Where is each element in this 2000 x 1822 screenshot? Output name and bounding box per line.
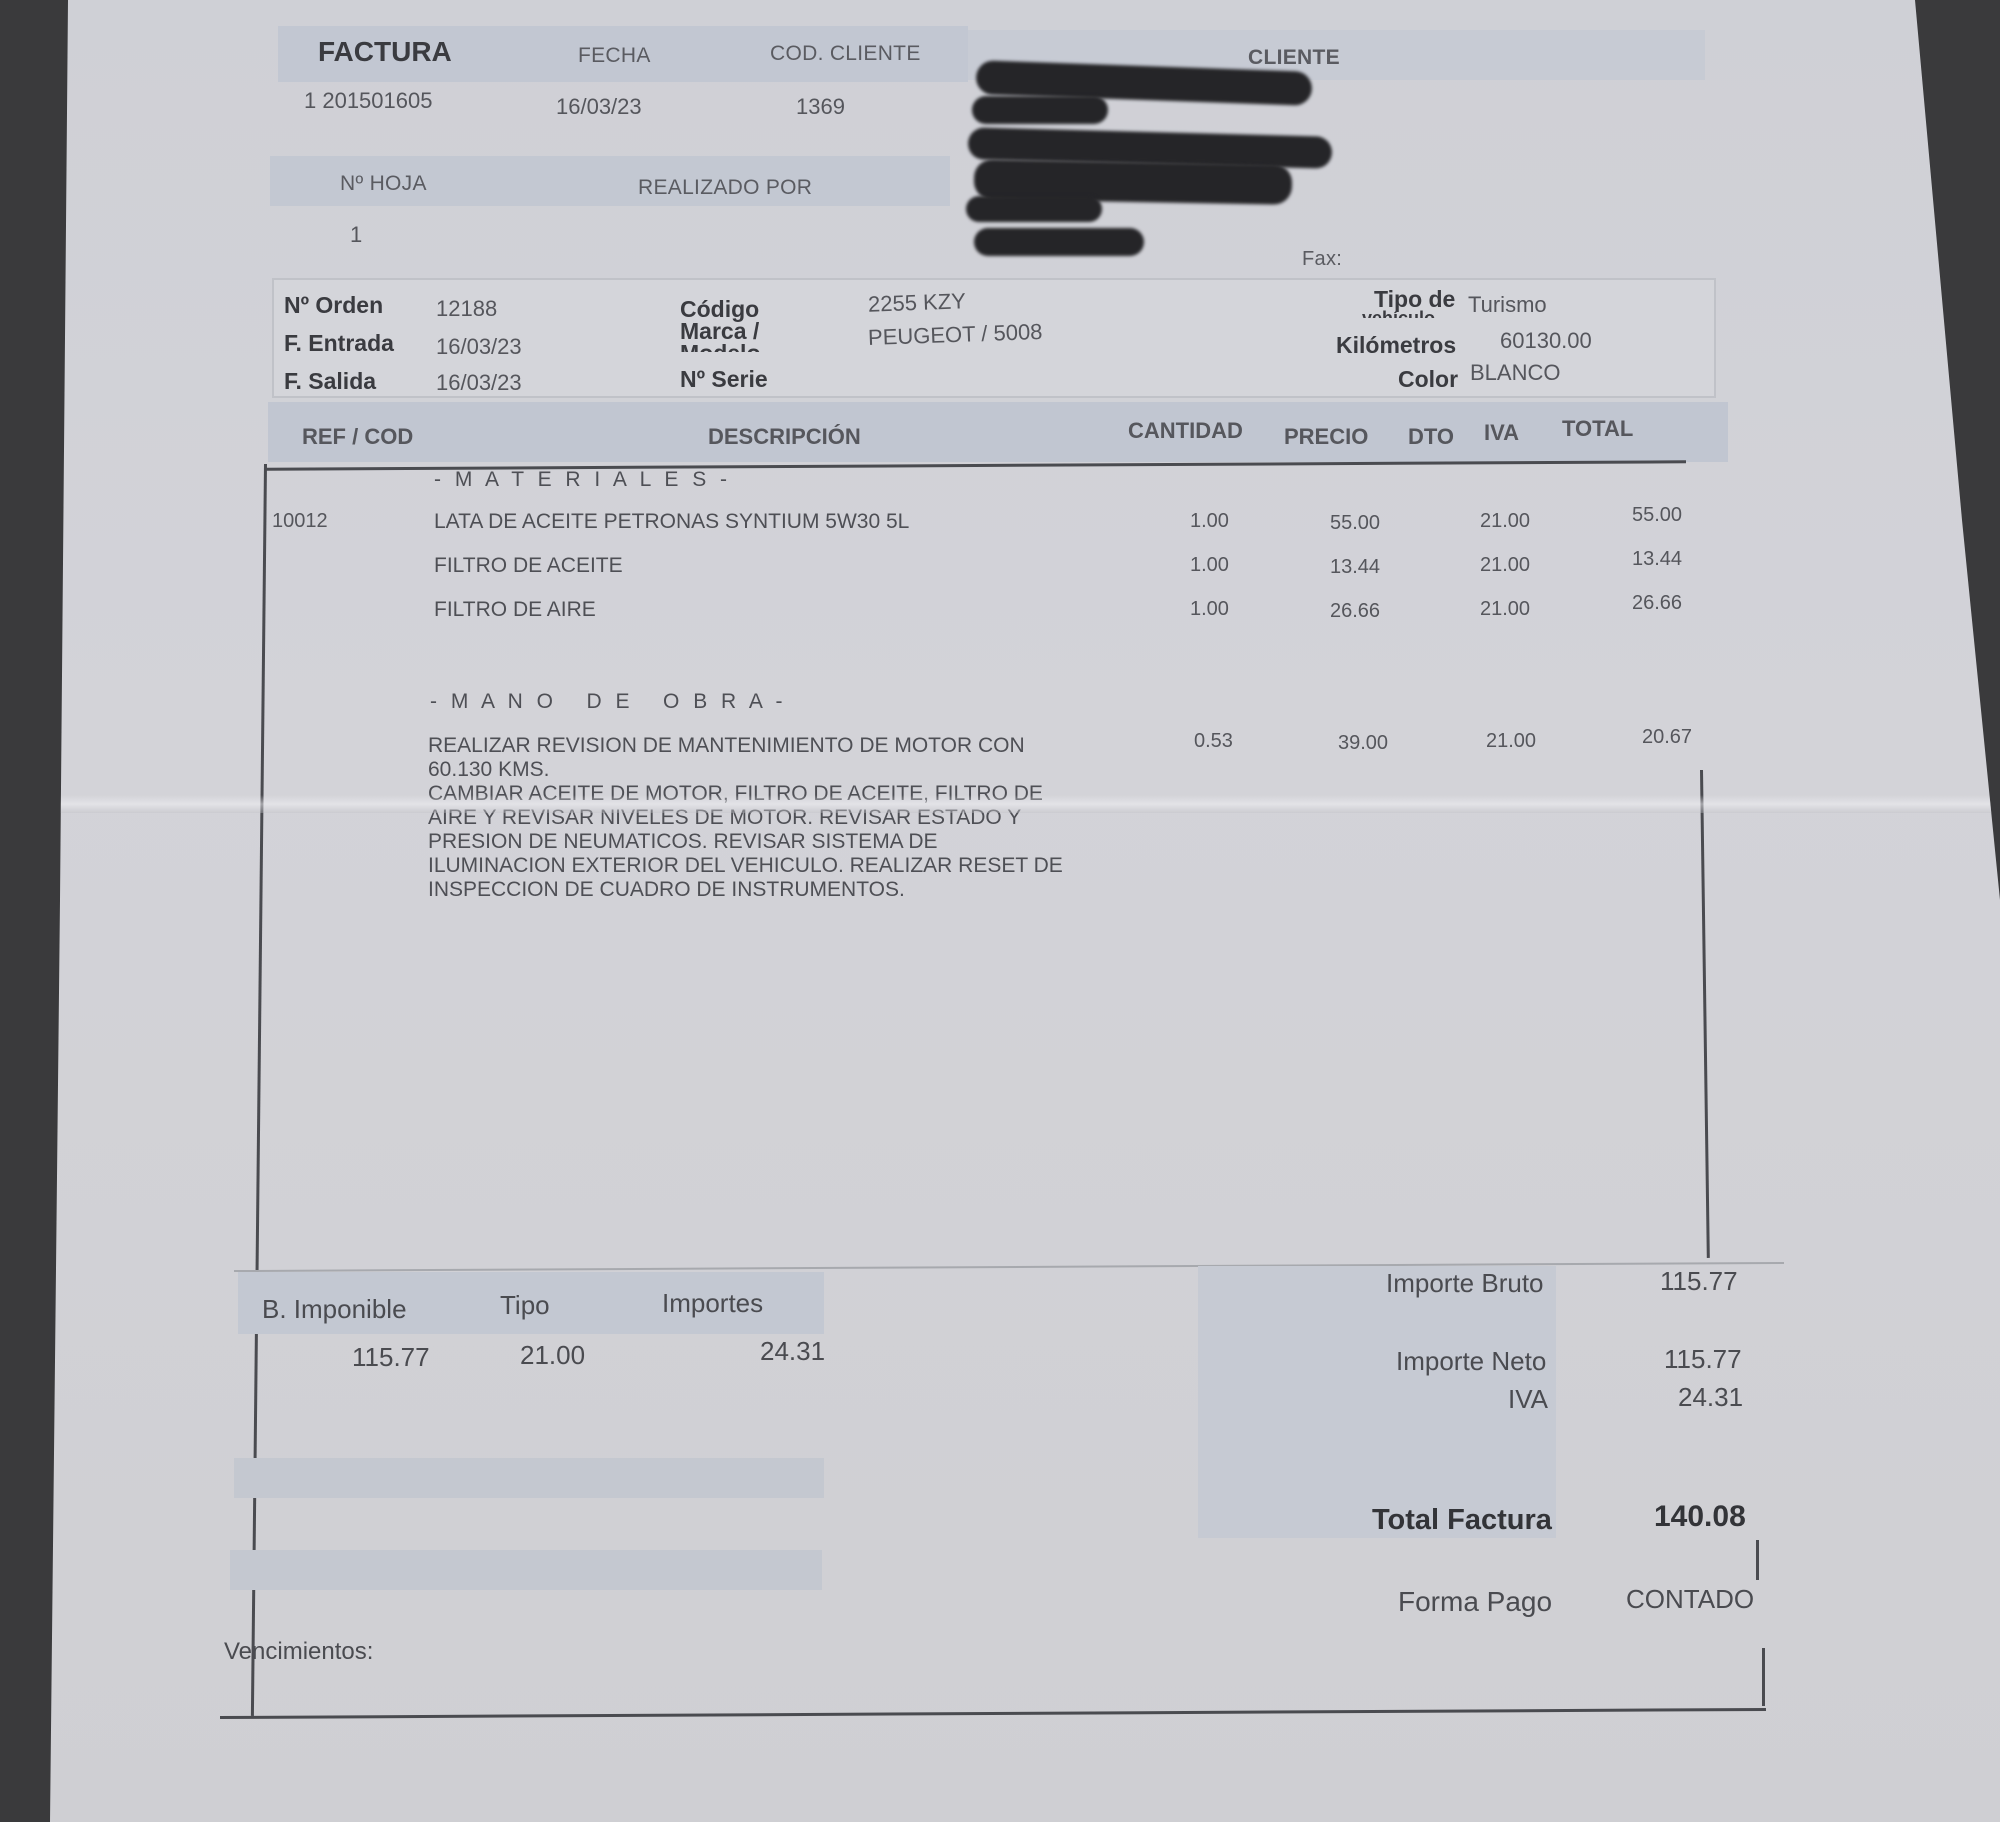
n-orden-value: 12188 [436, 296, 497, 322]
importe-bruto-value: 115.77 [1660, 1266, 1738, 1297]
description-line: PRESION DE NEUMATICOS. REVISAR SISTEMA D… [428, 830, 1063, 854]
col-dto: DTO [1408, 424, 1454, 450]
description-line: REALIZAR REVISION DE MANTENIMIENTO DE MO… [428, 734, 1063, 758]
iva-value: 24.31 [1678, 1382, 1743, 1413]
row-iva: 21.00 [1480, 510, 1530, 533]
totals-label-band [1198, 1266, 1556, 1538]
row-ref: 10012 [272, 510, 328, 533]
fecha-value: 16/03/23 [556, 94, 642, 120]
col-total: TOTAL [1562, 416, 1633, 442]
description-line: INSPECCION DE CUADRO DE INSTRUMENTOS. [428, 878, 1063, 902]
col-cantidad: CANTIDAD [1128, 418, 1243, 444]
mano-obra-precio: 39.00 [1338, 732, 1388, 755]
importe-neto-value: 115.77 [1664, 1344, 1742, 1375]
tax-importe-value: 24.31 [760, 1336, 825, 1367]
row-iva: 21.00 [1480, 554, 1530, 577]
cod-cliente-value: 1369 [796, 94, 845, 120]
total-factura-label: Total Factura [1372, 1504, 1552, 1537]
total-tick [1756, 1540, 1759, 1580]
forma-pago-label: Forma Pago [1398, 1586, 1552, 1618]
factura-label: FACTURA [318, 36, 452, 68]
client-fax-label: Fax: [1302, 248, 1342, 271]
importe-bruto-label: Importe Bruto [1386, 1268, 1544, 1299]
row-total: 26.66 [1632, 592, 1682, 615]
realizado-por-label: REALIZADO POR [638, 176, 812, 200]
section-materiales: - M A T E R I A L E S - [434, 468, 731, 492]
row-cantidad: 1.00 [1190, 510, 1229, 533]
redaction-mark [974, 228, 1144, 256]
row-total: 55.00 [1632, 504, 1682, 527]
total-factura-value: 140.08 [1654, 1500, 1746, 1534]
f-entrada-value: 16/03/23 [436, 334, 522, 360]
description-line: ILUMINACION EXTERIOR DEL VEHICULO. REALI… [428, 854, 1063, 878]
footer-border-bottom [220, 1708, 1766, 1719]
footer-border-right [1762, 1648, 1765, 1706]
empty-band-2 [230, 1550, 822, 1590]
tax-tipo-value: 21.00 [520, 1340, 585, 1371]
empty-band-1 [234, 1458, 824, 1498]
cliente-label: CLIENTE [1248, 46, 1340, 70]
tax-col-tipo: Tipo [500, 1290, 550, 1321]
description-line: 60.130 KMS. [428, 758, 1063, 782]
f-salida-value: 16/03/23 [436, 370, 522, 396]
kilometros-label: Kilómetros [1336, 332, 1456, 359]
tipo-vehiculo-value: Turismo [1468, 292, 1547, 318]
row-description: FILTRO DE ACEITE [434, 554, 623, 578]
n-hoja-value: 1 [350, 222, 362, 248]
iva-label: IVA [1508, 1384, 1548, 1415]
row-precio: 55.00 [1330, 512, 1380, 535]
table-border-right [1700, 770, 1710, 1258]
codigo-value: 2255 KZY [868, 288, 967, 317]
modelo-label: Modelo [680, 340, 761, 352]
vencimientos-label: Vencimientos: [224, 1638, 373, 1666]
importe-neto-label: Importe Neto [1396, 1346, 1546, 1377]
section-mano-obra: - M A N O D E O B R A - [430, 690, 787, 714]
col-ref-cod: REF / COD [302, 424, 413, 450]
f-entrada-label: F. Entrada [284, 330, 394, 357]
row-precio: 13.44 [1330, 556, 1380, 579]
row-total: 13.44 [1632, 548, 1682, 571]
row-cantidad: 1.00 [1190, 554, 1229, 577]
forma-pago-value: CONTADO [1626, 1584, 1754, 1615]
row-cantidad: 1.00 [1190, 598, 1229, 621]
cod-cliente-label: COD. CLIENTE [770, 42, 921, 66]
mano-obra-total: 20.67 [1642, 726, 1692, 749]
factura-number: 1 201501605 [304, 88, 432, 114]
tax-base-value: 115.77 [352, 1342, 430, 1373]
color-value: BLANCO [1470, 360, 1560, 386]
row-precio: 26.66 [1330, 600, 1380, 623]
row-iva: 21.00 [1480, 598, 1530, 621]
col-precio: PRECIO [1284, 424, 1368, 450]
tax-col-importes: Importes [662, 1288, 763, 1319]
fecha-label: FECHA [578, 44, 651, 68]
n-orden-label: Nº Orden [284, 292, 383, 319]
col-iva: IVA [1484, 420, 1519, 446]
tipo-vehiculo-label-2: vehículo [1362, 308, 1435, 318]
n-hoja-label: Nº HOJA [340, 172, 427, 196]
redaction-mark [966, 196, 1102, 222]
mano-obra-cantidad: 0.53 [1194, 730, 1233, 753]
tax-col-base: B. Imponible [262, 1294, 407, 1325]
row-description: FILTRO DE AIRE [434, 598, 596, 622]
color-label: Color [1398, 366, 1458, 393]
f-salida-label: F. Salida [284, 368, 376, 395]
col-descripcion: DESCRIPCIÓN [708, 424, 861, 450]
mano-obra-iva: 21.00 [1486, 730, 1536, 753]
n-serie-label: Nº Serie [680, 366, 768, 393]
invoice-paper: FACTURA FECHA COD. CLIENTE CLIENTE 1 201… [0, 0, 2000, 1822]
mano-obra-desc: REALIZAR REVISION DE MANTENIMIENTO DE MO… [428, 734, 1063, 902]
kilometros-value: 60130.00 [1500, 328, 1592, 354]
redaction-mark [972, 96, 1108, 124]
table-border-left [251, 464, 267, 1716]
paper-fold-crease [40, 795, 2000, 813]
row-description: LATA DE ACEITE PETRONAS SYNTIUM 5W30 5L [434, 510, 909, 534]
